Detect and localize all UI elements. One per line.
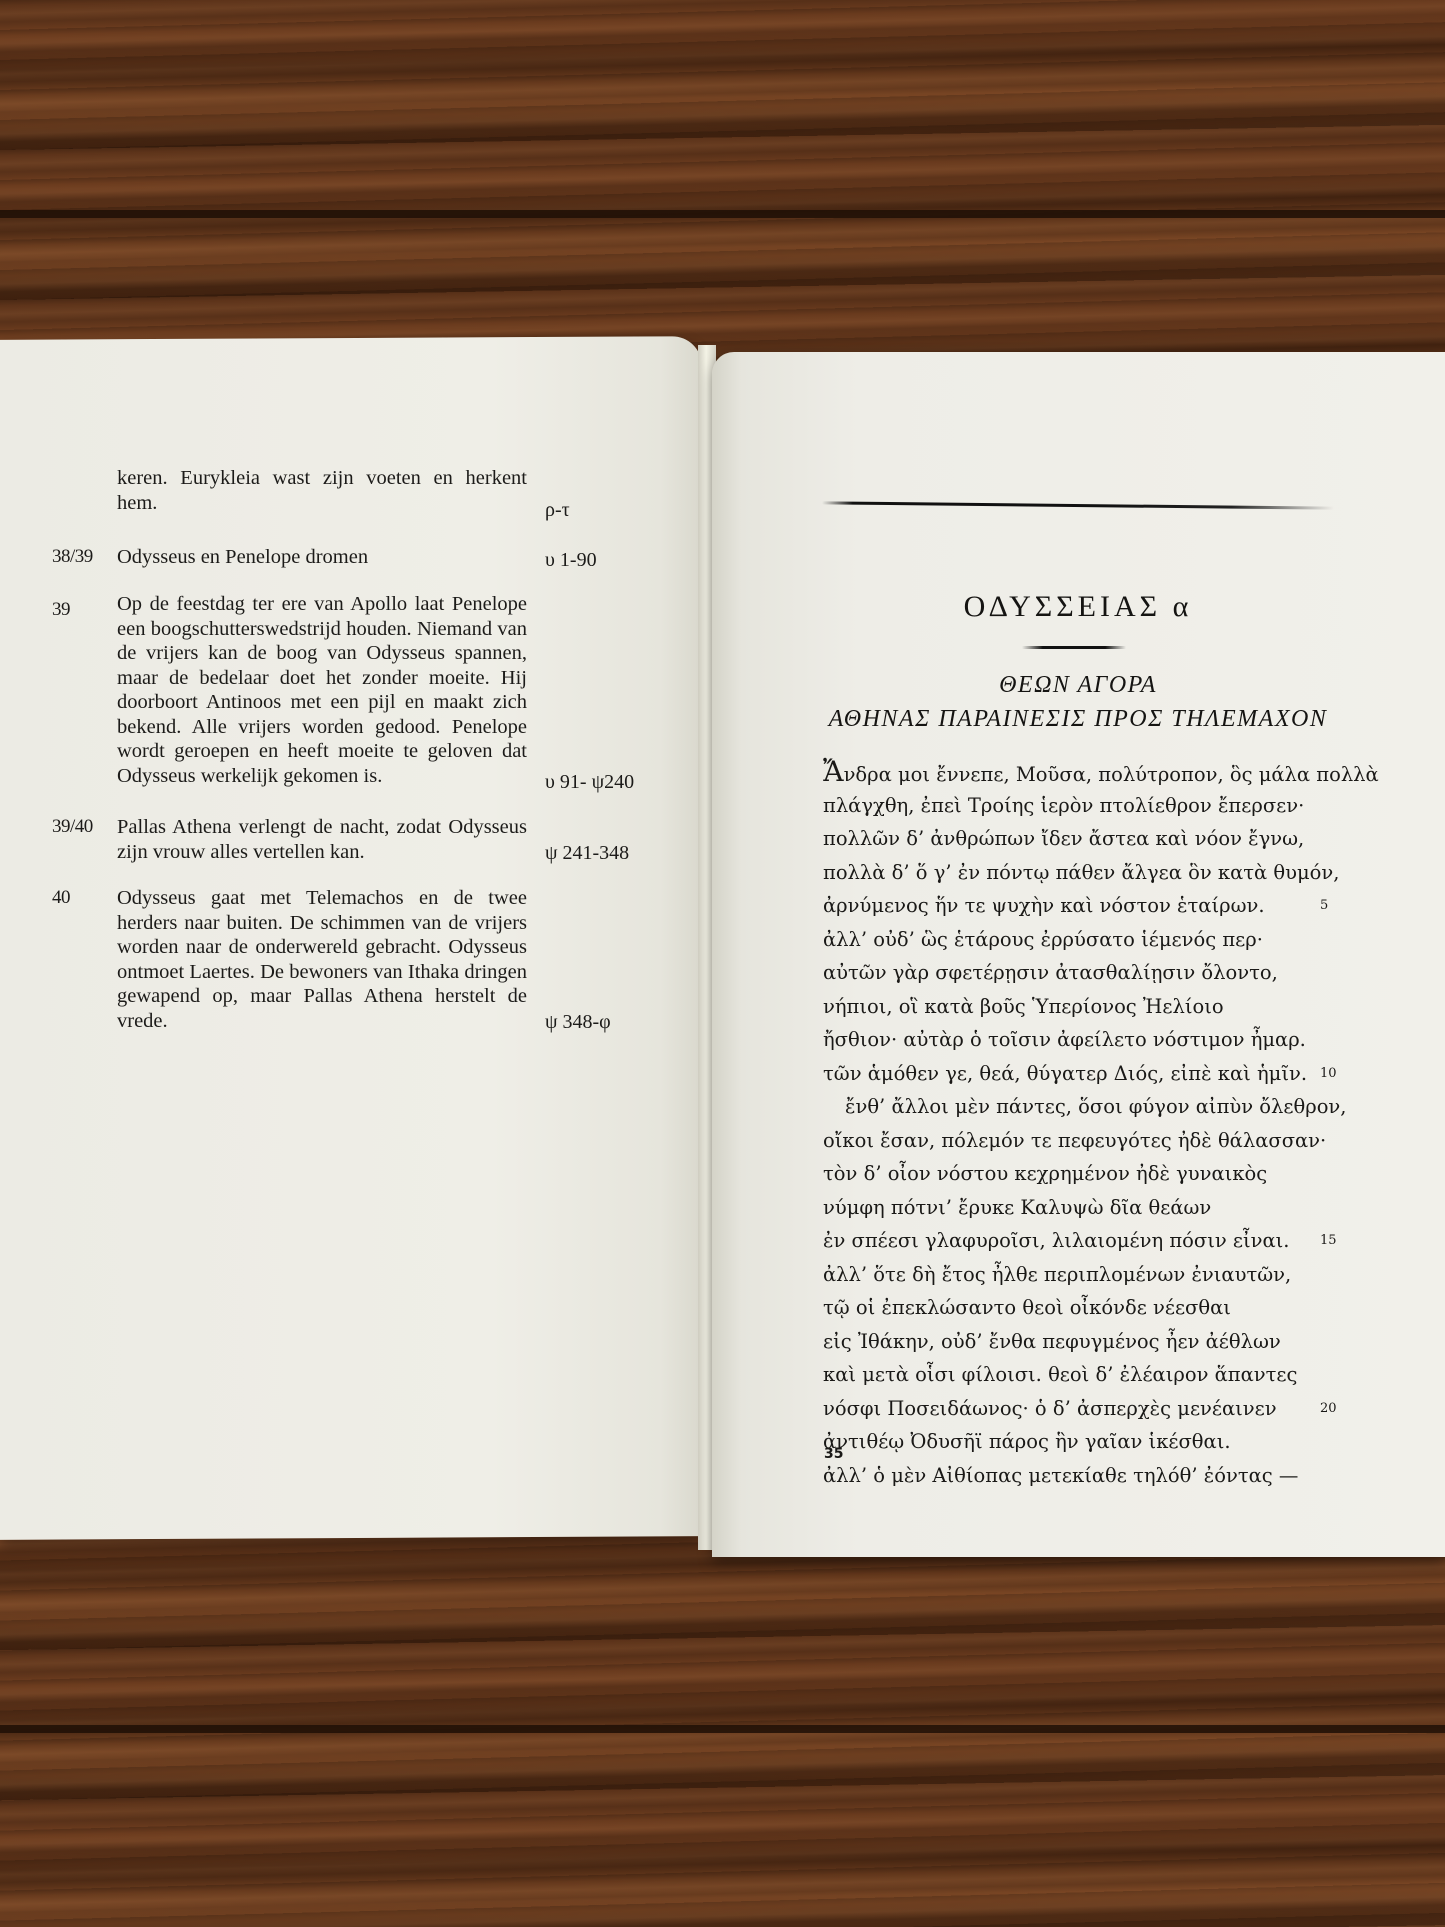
line-number: 5: [1320, 889, 1328, 923]
verse-line: ἀλλ’ ὅτε δὴ ἔτος ἦλθε περιπλομένων ἐνιαυ…: [823, 1258, 1343, 1292]
entry-reference: υ 1-90: [545, 548, 597, 573]
verse-line: πολλὰ δ’ ὅ γ’ ἐν πόντῳ πάθεν ἄλγεα ὃν κα…: [823, 856, 1343, 890]
entry-reference: ψ 241-348: [545, 841, 629, 866]
entry-text: Pallas Athena verlengt de nacht, zodat O…: [117, 815, 527, 864]
verse-line: τῶν ἁμόθεν γε, θεά, θύγατερ Διός, εἰπὲ κ…: [823, 1057, 1343, 1091]
verse-line: ἀντιθέῳ Ὀδυσῆϊ πάρος ἣν γαῖαν ἱκέσθαι.: [823, 1425, 1343, 1459]
subtitle-2: ΑΘΗΝΑΣ ΠΑΡΑΙΝΕΣΙΣ ΠΡΟΣ ΤΗΛΕΜΑΧΟΝ: [812, 706, 1344, 733]
entry-reference: ψ 348-φ: [545, 1010, 611, 1035]
verse-text: νδρα μοι ἔννεπε, Μοῦσα, πολύτροπον, ὃς μ…: [844, 758, 1379, 792]
verse-text: ἀρνύμενος ἥν τε ψυχὴν καὶ νόστον ἑταίρων…: [823, 889, 1265, 923]
verse-text: νύμφη πότνι’ ἔρυκε Καλυψὼ δῖα θεάων: [823, 1191, 1211, 1225]
verse-line: νόσφι Ποσειδάωνος· ὁ δ’ ἀσπερχὲς μενέαιν…: [823, 1392, 1343, 1426]
verse-text: αὐτῶν γὰρ σφετέρῃσιν ἀτασθαλίῃσιν ὄλοντο…: [823, 956, 1278, 990]
verse-text: καὶ μετὰ οἷσι φίλοισι. θεοὶ δ’ ἐλέαιρον …: [823, 1358, 1297, 1392]
verse-text: ἀντιθέῳ Ὀδυσῆϊ πάρος ἣν γαῖαν ἱκέσθαι.: [823, 1425, 1231, 1459]
drop-cap: Ἄ: [823, 755, 844, 788]
line-number: 15: [1320, 1224, 1337, 1258]
entry-number: 39: [52, 598, 112, 623]
verse-text: πολλὰ δ’ ὅ γ’ ἐν πόντῳ πάθεν ἄλγεα ὃν κα…: [823, 856, 1339, 890]
entry-number: 38/39: [52, 545, 112, 570]
verse-text: ἀλλ’ οὐδ’ ὣς ἑτάρους ἐρρύσατο ἱέμενός πε…: [823, 923, 1263, 957]
verse-line: τῷ οἱ ἐπεκλώσαντο θεοὶ οἶκόνδε νέεσθαι: [823, 1291, 1343, 1325]
entry-text: Odysseus en Penelope dromen: [117, 545, 527, 570]
verse-line: ἀλλ’ οὐδ’ ὣς ἑτάρους ἐρρύσατο ἱέμενός πε…: [823, 923, 1343, 957]
line-number: 10: [1320, 1057, 1337, 1091]
verse-line: πλάγχθη, ἐπεὶ Τροίης ἱερὸν πτολίεθρον ἔπ…: [823, 789, 1343, 823]
greek-verses: Ἄνδρα μοι ἔννεπε, Μοῦσα, πολύτροπον, ὃς …: [823, 755, 1343, 1492]
subtitle-1: ΘΕΩΝ ΑΓΟΡΑ: [812, 672, 1344, 699]
verse-text: τῶν ἁμόθεν γε, θεά, θύγατερ Διός, εἰπὲ κ…: [823, 1057, 1307, 1091]
entry-text: keren. Eurykleia wast zijn voeten en her…: [117, 466, 527, 515]
verse-text: ἀλλ’ ὁ μὲν Αἰθίοπας μετεκίαθε τηλόθ’ ἐόν…: [823, 1459, 1298, 1493]
verse-line: νήπιοι, οἳ κατὰ βοῦς Ὑπερίονος Ἠελίοιο: [823, 990, 1343, 1024]
entry-number: 39/40: [52, 815, 112, 840]
title-divider: [1022, 646, 1126, 649]
entry-number: 40: [52, 886, 112, 911]
entry-text: Op de feestdag ter ere van Apollo laat P…: [117, 592, 527, 788]
verse-text: ἀλλ’ ὅτε δὴ ἔτος ἦλθε περιπλομένων ἐνιαυ…: [823, 1258, 1291, 1292]
verse-line: ἔνθ’ ἄλλοι μὲν πάντες, ὅσοι φύγον αἰπὺν …: [823, 1090, 1343, 1124]
book-title: ΟΔΥΣΣΕΙΑΣ α: [822, 590, 1334, 624]
verse-text: πλάγχθη, ἐπεὶ Τροίης ἱερὸν πτολίεθρον ἔπ…: [823, 789, 1304, 823]
verse-text: τὸν δ’ οἶον νόστου κεχρημένον ἠδὲ γυναικ…: [823, 1157, 1267, 1191]
verse-line: ἀλλ’ ὁ μὲν Αἰθίοπας μετεκίαθε τηλόθ’ ἐόν…: [823, 1459, 1343, 1493]
verse-line: καὶ μετὰ οἷσι φίλοισι. θεοὶ δ’ ἐλέαιρον …: [823, 1358, 1343, 1392]
verse-line: Ἄνδρα μοι ἔννεπε, Μοῦσα, πολύτροπον, ὃς …: [823, 755, 1343, 789]
entry-reference: ρ-τ: [545, 498, 570, 523]
verse-text: νήπιοι, οἳ κατὰ βοῦς Ὑπερίονος Ἠελίοιο: [823, 990, 1224, 1024]
verse-line: ἤσθιον· αὐτὰρ ὁ τοῖσιν ἀφείλετο νόστιμον…: [823, 1023, 1343, 1057]
verse-text: ἐν σπέεσι γλαφυροῖσι, λιλαιομένη πόσιν ε…: [823, 1224, 1290, 1258]
verse-line: ἐν σπέεσι γλαφυροῖσι, λιλαιομένη πόσιν ε…: [823, 1224, 1343, 1258]
verse-line: νύμφη πότνι’ ἔρυκε Καλυψὼ δῖα θεάων: [823, 1191, 1343, 1225]
verse-line: εἰς Ἰθάκην, οὐδ’ ἔνθα πεφυγμένος ἦεν ἀέθ…: [823, 1325, 1343, 1359]
verse-text: τῷ οἱ ἐπεκλώσαντο θεοὶ οἶκόνδε νέεσθαι: [823, 1291, 1231, 1325]
verse-text: νόσφι Ποσειδάωνος· ὁ δ’ ἀσπερχὲς μενέαιν…: [823, 1392, 1277, 1426]
verse-line: πολλῶν δ’ ἀνθρώπων ἴδεν ἄστεα καὶ νόον ἔ…: [823, 822, 1343, 856]
verse-text: ἔνθ’ ἄλλοι μὲν πάντες, ὅσοι φύγον αἰπὺν …: [845, 1090, 1347, 1124]
verse-line: ἀρνύμενος ἥν τε ψυχὴν καὶ νόστον ἑταίρων…: [823, 889, 1343, 923]
verse-text: πολλῶν δ’ ἀνθρώπων ἴδεν ἄστεα καὶ νόον ἔ…: [823, 822, 1304, 856]
entry-reference: υ 91- ψ240: [545, 770, 634, 795]
verse-line: οἴκοι ἔσαν, πόλεμόν τε πεφευγότες ἠδὲ θά…: [823, 1124, 1343, 1158]
wood-plank-seam: [0, 1725, 1445, 1733]
verse-text: οἴκοι ἔσαν, πόλεμόν τε πεφευγότες ἠδὲ θά…: [823, 1124, 1326, 1158]
verse-line: αὐτῶν γὰρ σφετέρῃσιν ἀτασθαλίῃσιν ὄλοντο…: [823, 956, 1343, 990]
line-number: 20: [1320, 1392, 1337, 1426]
verse-line: τὸν δ’ οἶον νόστου κεχρημένον ἠδὲ γυναικ…: [823, 1157, 1343, 1191]
entry-text: Odysseus gaat met Telemachos en de twee …: [117, 886, 527, 1033]
wood-plank-seam: [0, 210, 1445, 218]
verse-text: ἤσθιον· αὐτὰρ ὁ τοῖσιν ἀφείλετο νόστιμον…: [823, 1023, 1306, 1057]
page-number: 35: [824, 1446, 843, 1462]
verse-text: εἰς Ἰθάκην, οὐδ’ ἔνθα πεφυγμένος ἦεν ἀέθ…: [823, 1325, 1281, 1359]
